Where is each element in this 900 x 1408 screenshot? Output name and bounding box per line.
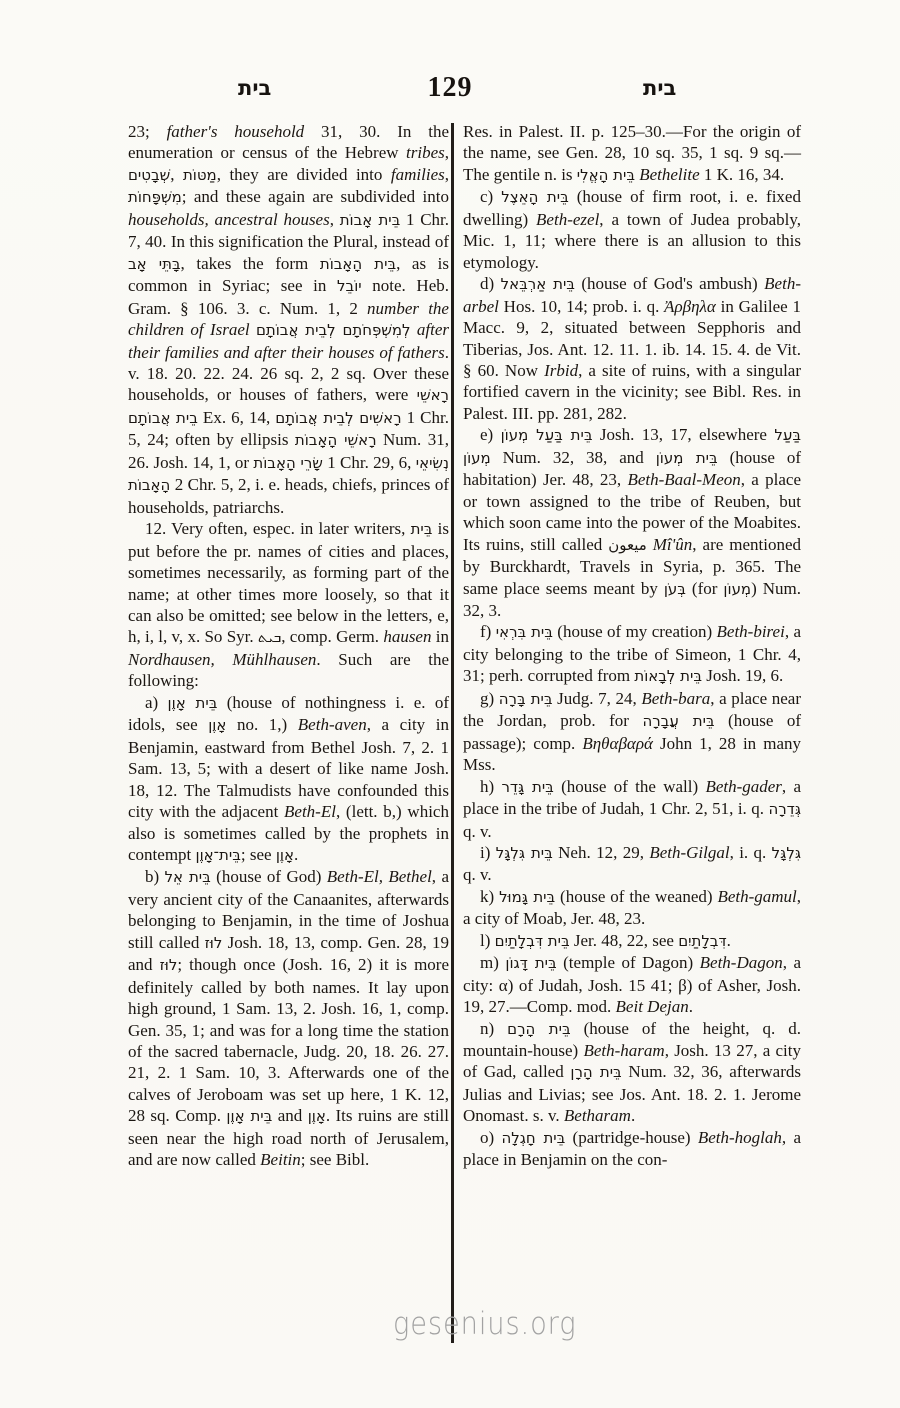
rtl-script-text: בֵּית דָּגוֹן xyxy=(505,954,556,972)
italic-text: Betharam xyxy=(564,1106,631,1125)
rtl-script-text: דִּבְלָתַיִם xyxy=(678,932,726,950)
paragraph: e) בֵּית בַּעַל מְעוֹן Josh. 13, 17, els… xyxy=(463,424,801,621)
scanned-lexicon-page: בית 129 בית 23; father's household 31, 3… xyxy=(0,0,900,1408)
italic-text: families xyxy=(391,165,445,184)
rtl-script-text: בֵּית אָבוֹת xyxy=(340,211,401,229)
paragraph: h) בֵּית גָּדֵר (house of the wall) Beth… xyxy=(463,776,801,842)
italic-text: Beth-bara xyxy=(641,689,710,708)
italic-text: Beth-gamul xyxy=(717,887,796,906)
rtl-script-text: בֵּית אָוֶן xyxy=(226,1107,272,1125)
paragraph: c) בֵּית הָאֵצֶל (house of firm root, i.… xyxy=(463,186,801,273)
rtl-script-text: בֵּית אַרְבֵּאל xyxy=(501,275,575,293)
italic-text: Irbid xyxy=(544,361,578,380)
italic-text: Beth-El xyxy=(284,802,336,821)
rtl-script-text: בֵּית הָאֵצֶל xyxy=(501,188,568,206)
left-column-text: 23; father's household 31, 30. In the en… xyxy=(128,121,449,1171)
rtl-script-text: בֵּית־אָוֶן xyxy=(196,846,241,864)
paragraph: n) בֵּית הָרָם (house of the height, q. … xyxy=(463,1018,801,1127)
rtl-script-text: בָּתֵּי אָב xyxy=(128,255,181,273)
rtl-script-text: גְּדֵרָה xyxy=(768,800,801,818)
italic-text: Beth-Gilgal xyxy=(649,843,729,862)
column-divider-rule xyxy=(451,123,454,1343)
rtl-script-text: בֵּית לְבָאוֹת xyxy=(634,667,702,685)
italic-text: Beth-ezel xyxy=(536,210,599,229)
rtl-script-text: אָוֶן xyxy=(276,846,294,864)
rtl-script-text: בֵּית דִּבְלָתַיִם xyxy=(495,932,570,950)
rtl-script-text: בֵּית xyxy=(411,520,433,538)
rtl-script-text: בֵּית גָּמוּל xyxy=(499,888,555,906)
rtl-script-text: לוּז xyxy=(205,934,223,952)
rtl-script-text: לְמִשְׁפְּחֹתָם לְבֵית אֲבוֹתָם xyxy=(256,321,411,339)
paragraph: b) בֵּית אֵל (house of God) Beth-El, Bet… xyxy=(128,866,449,1170)
rtl-script-text: אָוֶן xyxy=(208,716,226,734)
rtl-script-text: בֵּית גִּלְגָּל xyxy=(496,844,553,862)
rtl-script-text: יוֹבֵל xyxy=(337,277,362,295)
rtl-script-text: ميعون xyxy=(608,536,646,554)
italic-text: Beth-hoglah xyxy=(698,1128,782,1147)
paragraph: k) בֵּית גָּמוּל (house of the weaned) B… xyxy=(463,886,801,930)
italic-text: Beth-Baal-Meon xyxy=(627,470,740,489)
rtl-script-text: בֵּית עֲבָרָה xyxy=(642,712,714,730)
rtl-script-text: בְּעֹן xyxy=(664,580,686,598)
paragraph: l) בֵּית דִּבְלָתַיִם Jer. 48, 22, see ד… xyxy=(463,930,801,952)
rtl-script-text: רָאשֵׁי הָאָבוֹת xyxy=(295,431,377,449)
italic-text: households, ancestral houses xyxy=(128,210,330,229)
rtl-script-text: בֵּית אָוֶן xyxy=(168,694,218,712)
italic-text: Ἀρβηλα xyxy=(664,297,716,316)
paragraph: o) בֵּית חָגְלָה (partridge-house) Beth-… xyxy=(463,1127,801,1171)
italic-text: Bethelite xyxy=(639,165,699,184)
rtl-script-text: בֵּית חָגְלָה xyxy=(501,1129,565,1147)
italic-text: Beth-aven xyxy=(298,715,367,734)
header-catchword-right: בית xyxy=(643,76,676,100)
rtl-script-text: רָאשִׁים לְבֵית אֲבוֹתָם xyxy=(275,409,401,427)
right-column-text: Res. in Palest. II. p. 125–30.—For the o… xyxy=(463,121,801,1171)
rtl-script-text: שְׁבָטִים xyxy=(128,166,170,184)
italic-text: Beth-birei xyxy=(717,622,785,641)
paragraph: m) בֵּית דָּגוֹן (temple of Dagon) Beth-… xyxy=(463,952,801,1017)
rtl-script-text: מַטּוֹת xyxy=(183,166,217,184)
italic-text: Βηθαβαρά xyxy=(582,734,653,753)
italic-text: Mî'ûn xyxy=(653,535,693,554)
rtl-script-text: בֵּית בָּרָה xyxy=(499,690,553,708)
rtl-script-text: בֵּית הָרָן xyxy=(570,1063,621,1081)
rtl-script-text: ܒܝܬ xyxy=(258,628,281,646)
rtl-script-text: בֵּית בִּרְאִי xyxy=(496,623,553,641)
rtl-script-text: בֵּית אֵל xyxy=(165,868,211,886)
paragraph: i) בֵּית גִּלְגָּל Neh. 12, 29, Beth-Gil… xyxy=(463,842,801,886)
rtl-script-text: מְעוֹן xyxy=(723,580,751,598)
italic-text: Beth-haram xyxy=(583,1041,664,1060)
italic-text: Beth-Dagon xyxy=(700,953,783,972)
paragraph: 23; father's household 31, 30. In the en… xyxy=(128,121,449,518)
italic-text: father's household xyxy=(167,122,305,141)
italic-text: hausen xyxy=(383,627,431,646)
rtl-script-text: מִשְׁפָּחוֹת xyxy=(128,188,182,206)
rtl-script-text: שָׂרֵי הָאָבוֹת xyxy=(253,454,323,472)
italic-text: Nordhausen, Mühlhausen xyxy=(128,650,316,669)
rtl-script-text: לוּז xyxy=(160,956,178,974)
rtl-script-text: בֵּית בַּעַל מְעוֹן xyxy=(501,426,593,444)
rtl-script-text: בֵּית גָּדֵר xyxy=(501,778,553,796)
paragraph: g) בֵּית בָּרָה Judg. 7, 24, Beth-bara, … xyxy=(463,688,801,776)
rtl-script-text: בֵּית הָאֱלִי xyxy=(577,166,635,184)
rtl-script-text: בֵּית הָרָם xyxy=(507,1020,570,1038)
italic-text: Beit Dejan xyxy=(616,997,689,1016)
rtl-script-text: בֵּית הָאָבוֹת xyxy=(320,255,396,273)
italic-text: Beitin xyxy=(260,1150,301,1169)
rtl-script-text: גִּלְגָּל xyxy=(772,844,801,862)
italic-text: Beth-gader xyxy=(705,777,781,796)
watermark: gesenius.org xyxy=(393,1306,577,1342)
paragraph: a) בֵּית אָוֶן (house of nothingness i. … xyxy=(128,692,449,867)
rtl-script-text: בֵּית מְעוֹן xyxy=(656,449,718,467)
paragraph: 12. Very often, espec. in later writers,… xyxy=(128,518,449,692)
paragraph: f) בֵּית בִּרְאִי (house of my creation)… xyxy=(463,621,801,687)
rtl-script-text: אָוֶן xyxy=(308,1107,326,1125)
paragraph: d) בֵּית אַרְבֵּאל (house of God's ambus… xyxy=(463,273,801,424)
page-number: 129 xyxy=(0,72,900,104)
italic-text: tribes xyxy=(406,143,445,162)
italic-text: Beth-El, Bethel xyxy=(327,867,432,886)
paragraph: Res. in Palest. II. p. 125–30.—For the o… xyxy=(463,121,801,186)
